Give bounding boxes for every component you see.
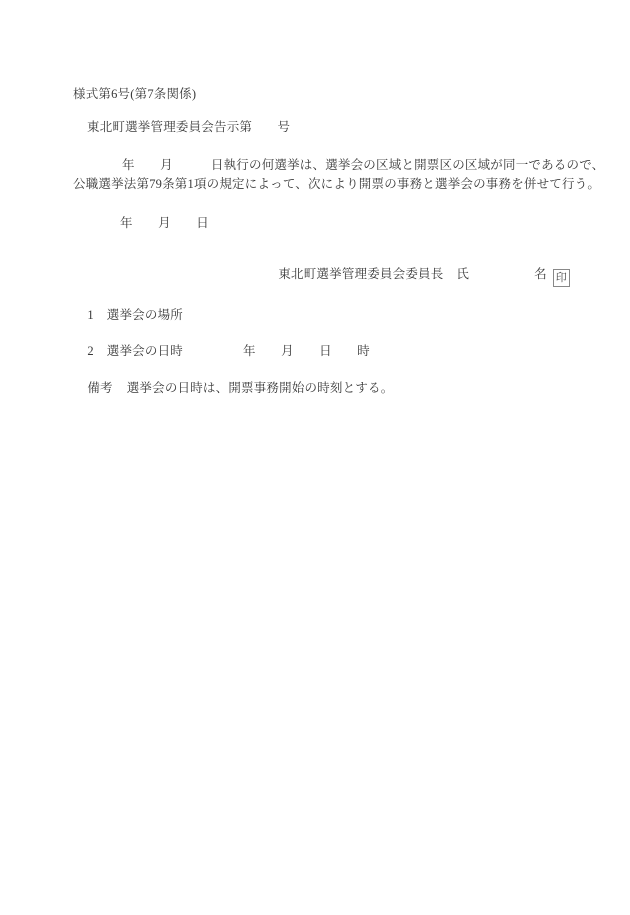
body-paragraph-line-2: 公職選挙法第79条第1項の規定によって、次により開票の事務と選挙会の事務を併せて… xyxy=(73,177,600,192)
item-2-label: 選挙会の日時 xyxy=(107,344,183,358)
chairman-title: 東北町選挙管理委員会委員長 xyxy=(278,267,443,281)
body-paragraph-line-1: 年 月 日執行の何選挙は、選挙会の区域と開票区の区域が同一であるので、 xyxy=(73,158,604,173)
remarks-text: 選挙会の日時は、開票事務開始の時刻とする。 xyxy=(127,381,394,395)
form-number: 様式第6号(第7条関係) xyxy=(73,87,196,102)
remarks-line: 備考選挙会の日時は、開票事務開始の時刻とする。 xyxy=(74,366,393,411)
remarks-label: 備考 xyxy=(87,381,112,395)
item-1-number: 1 xyxy=(87,308,93,322)
signature-line: 東北町選挙管理委員会委員長氏名印 xyxy=(265,252,570,302)
date-line: 年 月 日 xyxy=(73,216,209,231)
item-2-value: 年 月 日 時 xyxy=(243,344,370,358)
name-field-mei: 名 xyxy=(534,267,547,281)
document-page: 様式第6号(第7条関係) 東北町選挙管理委員会告示第 号 年 月 日執行の何選挙… xyxy=(0,0,630,915)
item-1-label: 選挙会の場所 xyxy=(107,308,183,322)
item-2-number: 2 xyxy=(87,344,93,358)
notice-number-line: 東北町選挙管理委員会告示第 号 xyxy=(87,120,290,135)
seal-stamp: 印 xyxy=(553,269,570,287)
name-field-shi: 氏 xyxy=(456,267,469,281)
